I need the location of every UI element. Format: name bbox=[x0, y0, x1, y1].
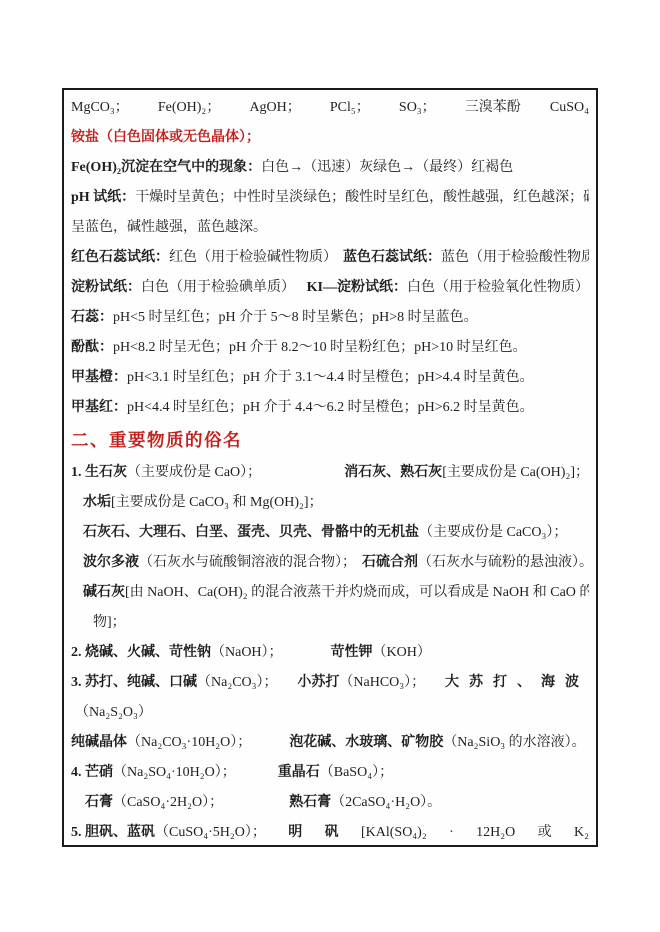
text-segment: 熟石膏 bbox=[289, 795, 331, 810]
text-segment: 12H₂O bbox=[476, 818, 515, 847]
ph-paper-continued: 呈蓝色，碱性越强，蓝色越深。 bbox=[71, 213, 589, 243]
text-segment: Fe(OH)₂沉淀在空气中的现象： bbox=[71, 160, 261, 175]
item-1-quicklime: 1. 生石灰（主要成份是 CaO）；消石灰、熟石灰[主要成份是 Ca(OH)₂]… bbox=[71, 458, 589, 488]
text-segment: 甲基橙： bbox=[71, 370, 127, 385]
text-segment: （Na₂CO₃·10H₂O）； bbox=[127, 735, 251, 750]
text-segment: 白色（用于检验氧化性物质） bbox=[407, 273, 589, 303]
text-segment: 明 bbox=[288, 818, 302, 847]
text-segment: 红色（用于检验碱性物质） bbox=[169, 243, 337, 273]
text-segment: （NaOH）； bbox=[211, 645, 283, 660]
text-segment: pH<5 时呈红色；pH 介于 5～8 时呈紫色；pH>8 时呈蓝色。 bbox=[113, 310, 478, 325]
text-segment: 或 bbox=[538, 818, 552, 847]
feoh2-phenomenon: Fe(OH)₂沉淀在空气中的现象：白色→（迅速）灰绿色→（最终）红褐色 bbox=[71, 153, 589, 183]
text-segment: MgCO₃； bbox=[71, 93, 129, 123]
text-segment: pH<3.1 时呈红色；pH 介于 3.1～4.4 时呈橙色；pH>4.4 时呈… bbox=[127, 370, 534, 385]
litmus-indicator: 石蕊：pH<5 时呈红色；pH 介于 5～8 时呈紫色；pH>8 时呈蓝色。 bbox=[71, 303, 589, 333]
text-segment: 酚酞： bbox=[71, 340, 113, 355]
text-segment: （CaSO₄·2H₂O）； bbox=[113, 795, 223, 810]
text-segment: 泡花碱、水玻璃、矿物胶 bbox=[289, 735, 443, 750]
item-5-blue-vitriol: 5. 胆矾、蓝矾（CuSO₄·5H₂O）；明矾[KAl(SO₄)₂·12H₂O或… bbox=[71, 818, 589, 847]
text-segment: PCl₅； bbox=[330, 93, 370, 123]
text-segment: 三溴苯酚 bbox=[465, 93, 521, 123]
ammonium-salt-note: 铵盐（白色固体或无色晶体）； bbox=[71, 123, 589, 153]
litmus-paper-row: 红色石蕊试纸：红色（用于检验碱性物质）蓝色石蕊试纸：蓝色（用于检验酸性物质） bbox=[71, 243, 589, 273]
page: MgCO₃；Fe(OH)₂；AgOH；PCl₅；SO₃；三溴苯酚CuSO₄铵盐（… bbox=[0, 0, 660, 932]
text-segment: 3. 苏打、纯碱、口碱 bbox=[71, 668, 197, 698]
text-segment: （2CaSO₄·H₂O）。 bbox=[331, 795, 441, 810]
section-heading: 二、重要物质的俗名 bbox=[71, 423, 589, 458]
text-segment: （Na₂S₂O₃） bbox=[75, 705, 152, 720]
text-segment: （NaHCO₃）； bbox=[339, 668, 425, 698]
text-segment: K₂ bbox=[574, 818, 589, 847]
text-segment: 干燥时呈黄色；中性时呈淡绿色；酸性时呈红色，酸性越强，红色越深；碱性 bbox=[135, 190, 589, 205]
text-segment: 碱石灰 bbox=[83, 585, 125, 600]
item-3-soda-continued: （Na₂S₂O₃） bbox=[71, 698, 589, 728]
text-segment: 波尔多液 bbox=[83, 548, 139, 578]
item-1-bordeaux-mixture: 波尔多液（石灰水与硫酸铜溶液的混合物）；石硫合剂（石灰水与硫粉的悬浊液）。 bbox=[71, 548, 589, 578]
spacer bbox=[236, 775, 278, 776]
text-segment: pH<8.2 时呈无色；pH 介于 8.2～10 时呈粉红色；pH>10 时呈红… bbox=[113, 340, 527, 355]
text-segment: 2. 烧碱、火碱、苛性钠 bbox=[71, 645, 211, 660]
methyl-orange-indicator: 甲基橙：pH<3.1 时呈红色；pH 介于 3.1～4.4 时呈橙色；pH>4.… bbox=[71, 363, 589, 393]
text-segment: [由 NaOH、Ca(OH)₂ 的混合液蒸干并灼烧而成，可以看成是 NaOH 和… bbox=[125, 585, 589, 600]
text-segment: （石灰水与硫粉的悬浊液）。 bbox=[418, 548, 589, 578]
text-segment: · bbox=[449, 818, 454, 847]
text-segment: 二、重要物质的俗名 bbox=[71, 430, 242, 450]
text-segment: AgOH； bbox=[249, 93, 300, 123]
text-segment: 蓝色石蕊试纸： bbox=[343, 243, 441, 273]
ph-paper: pH 试纸：干燥时呈黄色；中性时呈淡绿色；酸性时呈红色，酸性越强，红色越深；碱性 bbox=[71, 183, 589, 213]
text-segment: （Na₂SO₄·10H₂O）； bbox=[113, 765, 236, 780]
text-segment: 物]； bbox=[93, 615, 126, 630]
text-segment: 消石灰、熟石灰 bbox=[344, 458, 442, 488]
text-segment: 1. 生石灰 bbox=[71, 458, 127, 488]
text-segment: 4. 芒硝 bbox=[71, 765, 113, 780]
item-2-caustic-soda: 2. 烧碱、火碱、苛性钠（NaOH）；苛性钾（KOH） bbox=[71, 638, 589, 668]
item-4-gypsum: 石膏（CaSO₄·2H₂O）；熟石膏（2CaSO₄·H₂O）。 bbox=[71, 788, 589, 818]
text-segment: （Na₂SiO₃ 的水溶液）。 bbox=[443, 735, 585, 750]
text-segment: pH<4.4 时呈红色；pH 介于 4.4～6.2 时呈橙色；pH>6.2 时呈… bbox=[127, 400, 534, 415]
text-segment: 重晶石 bbox=[278, 765, 320, 780]
text-segment: [KAl(SO₄)₂ bbox=[361, 818, 427, 847]
text-segment: 石灰石、大理石、白垩、蛋壳、贝壳、骨骼中的无机盐 bbox=[83, 525, 419, 540]
text-segment: CuSO₄ bbox=[550, 93, 589, 123]
text-segment: 水垢 bbox=[83, 495, 111, 510]
text-segment: 大苏打、海波 bbox=[445, 668, 589, 698]
text-segment: 红色石蕊试纸： bbox=[71, 243, 169, 273]
item-1-soda-lime: 碱石灰[由 NaOH、Ca(OH)₂ 的混合液蒸干并灼烧而成，可以看成是 NaO… bbox=[71, 578, 589, 608]
text-segment: 纯碱晶体 bbox=[71, 735, 127, 750]
spacer bbox=[223, 805, 289, 806]
text-segment: （KOH） bbox=[373, 645, 431, 660]
item-3-soda: 3. 苏打、纯碱、口碱（Na₂CO₃）；小苏打（NaHCO₃）；大苏打、海波 bbox=[71, 668, 589, 698]
text-segment: 石蕊： bbox=[71, 310, 113, 325]
text-segment: [主要成份是 Ca(OH)₂]； bbox=[442, 458, 589, 488]
item-1-soda-lime-continued: 物]； bbox=[71, 608, 589, 638]
text-segment: 铵盐（白色固体或无色晶体）； bbox=[71, 130, 260, 145]
starch-paper-row: 淀粉试纸：白色（用于检验碘单质）KI—淀粉试纸：白色（用于检验氧化性物质） bbox=[71, 273, 589, 303]
text-segment: 白色→（迅速）灰绿色→（最终）红褐色 bbox=[261, 160, 513, 175]
text-segment: 石硫合剂 bbox=[362, 548, 418, 578]
text-segment: （主要成份是 CaCO₃）； bbox=[419, 525, 567, 540]
chemical-colors-row: MgCO₃；Fe(OH)₂；AgOH；PCl₅；SO₃；三溴苯酚CuSO₄ bbox=[71, 93, 589, 123]
spacer bbox=[283, 655, 331, 656]
document-table: MgCO₃；Fe(OH)₂；AgOH；PCl₅；SO₃；三溴苯酚CuSO₄铵盐（… bbox=[62, 88, 598, 847]
text-segment: 5. 胆矾、蓝矾 bbox=[71, 818, 155, 847]
text-segment: 淀粉试纸： bbox=[71, 273, 141, 303]
text-segment: 苛性钾 bbox=[331, 645, 373, 660]
text-segment: KI—淀粉试纸： bbox=[307, 273, 407, 303]
text-segment: SO₃； bbox=[399, 93, 436, 123]
text-segment: pH 试纸： bbox=[71, 190, 135, 205]
item-4-mirabilite: 4. 芒硝（Na₂SO₄·10H₂O）；重晶石（BaSO₄）； bbox=[71, 758, 589, 788]
text-segment: 蓝色（用于检验酸性物质） bbox=[441, 243, 589, 273]
text-segment: 矾 bbox=[325, 818, 339, 847]
text-segment: [主要成份是 CaCO₃ 和 Mg(OH)₂]； bbox=[111, 495, 323, 510]
text-segment: （BaSO₄）； bbox=[320, 765, 393, 780]
text-segment: Fe(OH)₂； bbox=[158, 93, 220, 123]
text-segment: （Na₂CO₃）； bbox=[197, 668, 278, 698]
methyl-red-indicator: 甲基红：pH<4.4 时呈红色；pH 介于 4.4～6.2 时呈橙色；pH>6.… bbox=[71, 393, 589, 423]
text-segment: 小苏打 bbox=[297, 668, 339, 698]
text-segment: 石膏 bbox=[85, 795, 113, 810]
text-segment: 呈蓝色，碱性越强，蓝色越深。 bbox=[71, 220, 267, 235]
text-segment: （石灰水与硫酸铜溶液的混合物）； bbox=[139, 548, 356, 578]
item-soda-crystal: 纯碱晶体（Na₂CO₃·10H₂O）；泡花碱、水玻璃、矿物胶（Na₂SiO₃ 的… bbox=[71, 728, 589, 758]
item-1-limestone: 石灰石、大理石、白垩、蛋壳、贝壳、骨骼中的无机盐（主要成份是 CaCO₃）； bbox=[71, 518, 589, 548]
item-1-scale: 水垢[主要成份是 CaCO₃ 和 Mg(OH)₂]； bbox=[71, 488, 589, 518]
text-segment: （主要成份是 CaO）； bbox=[127, 458, 261, 488]
text-segment: （CuSO₄·5H₂O）； bbox=[155, 818, 266, 847]
spacer bbox=[251, 745, 289, 746]
text-segment: 甲基红： bbox=[71, 400, 127, 415]
phenolphthalein-indicator: 酚酞：pH<8.2 时呈无色；pH 介于 8.2～10 时呈粉红色；pH>10 … bbox=[71, 333, 589, 363]
text-segment: 白色（用于检验碘单质） bbox=[141, 273, 295, 303]
